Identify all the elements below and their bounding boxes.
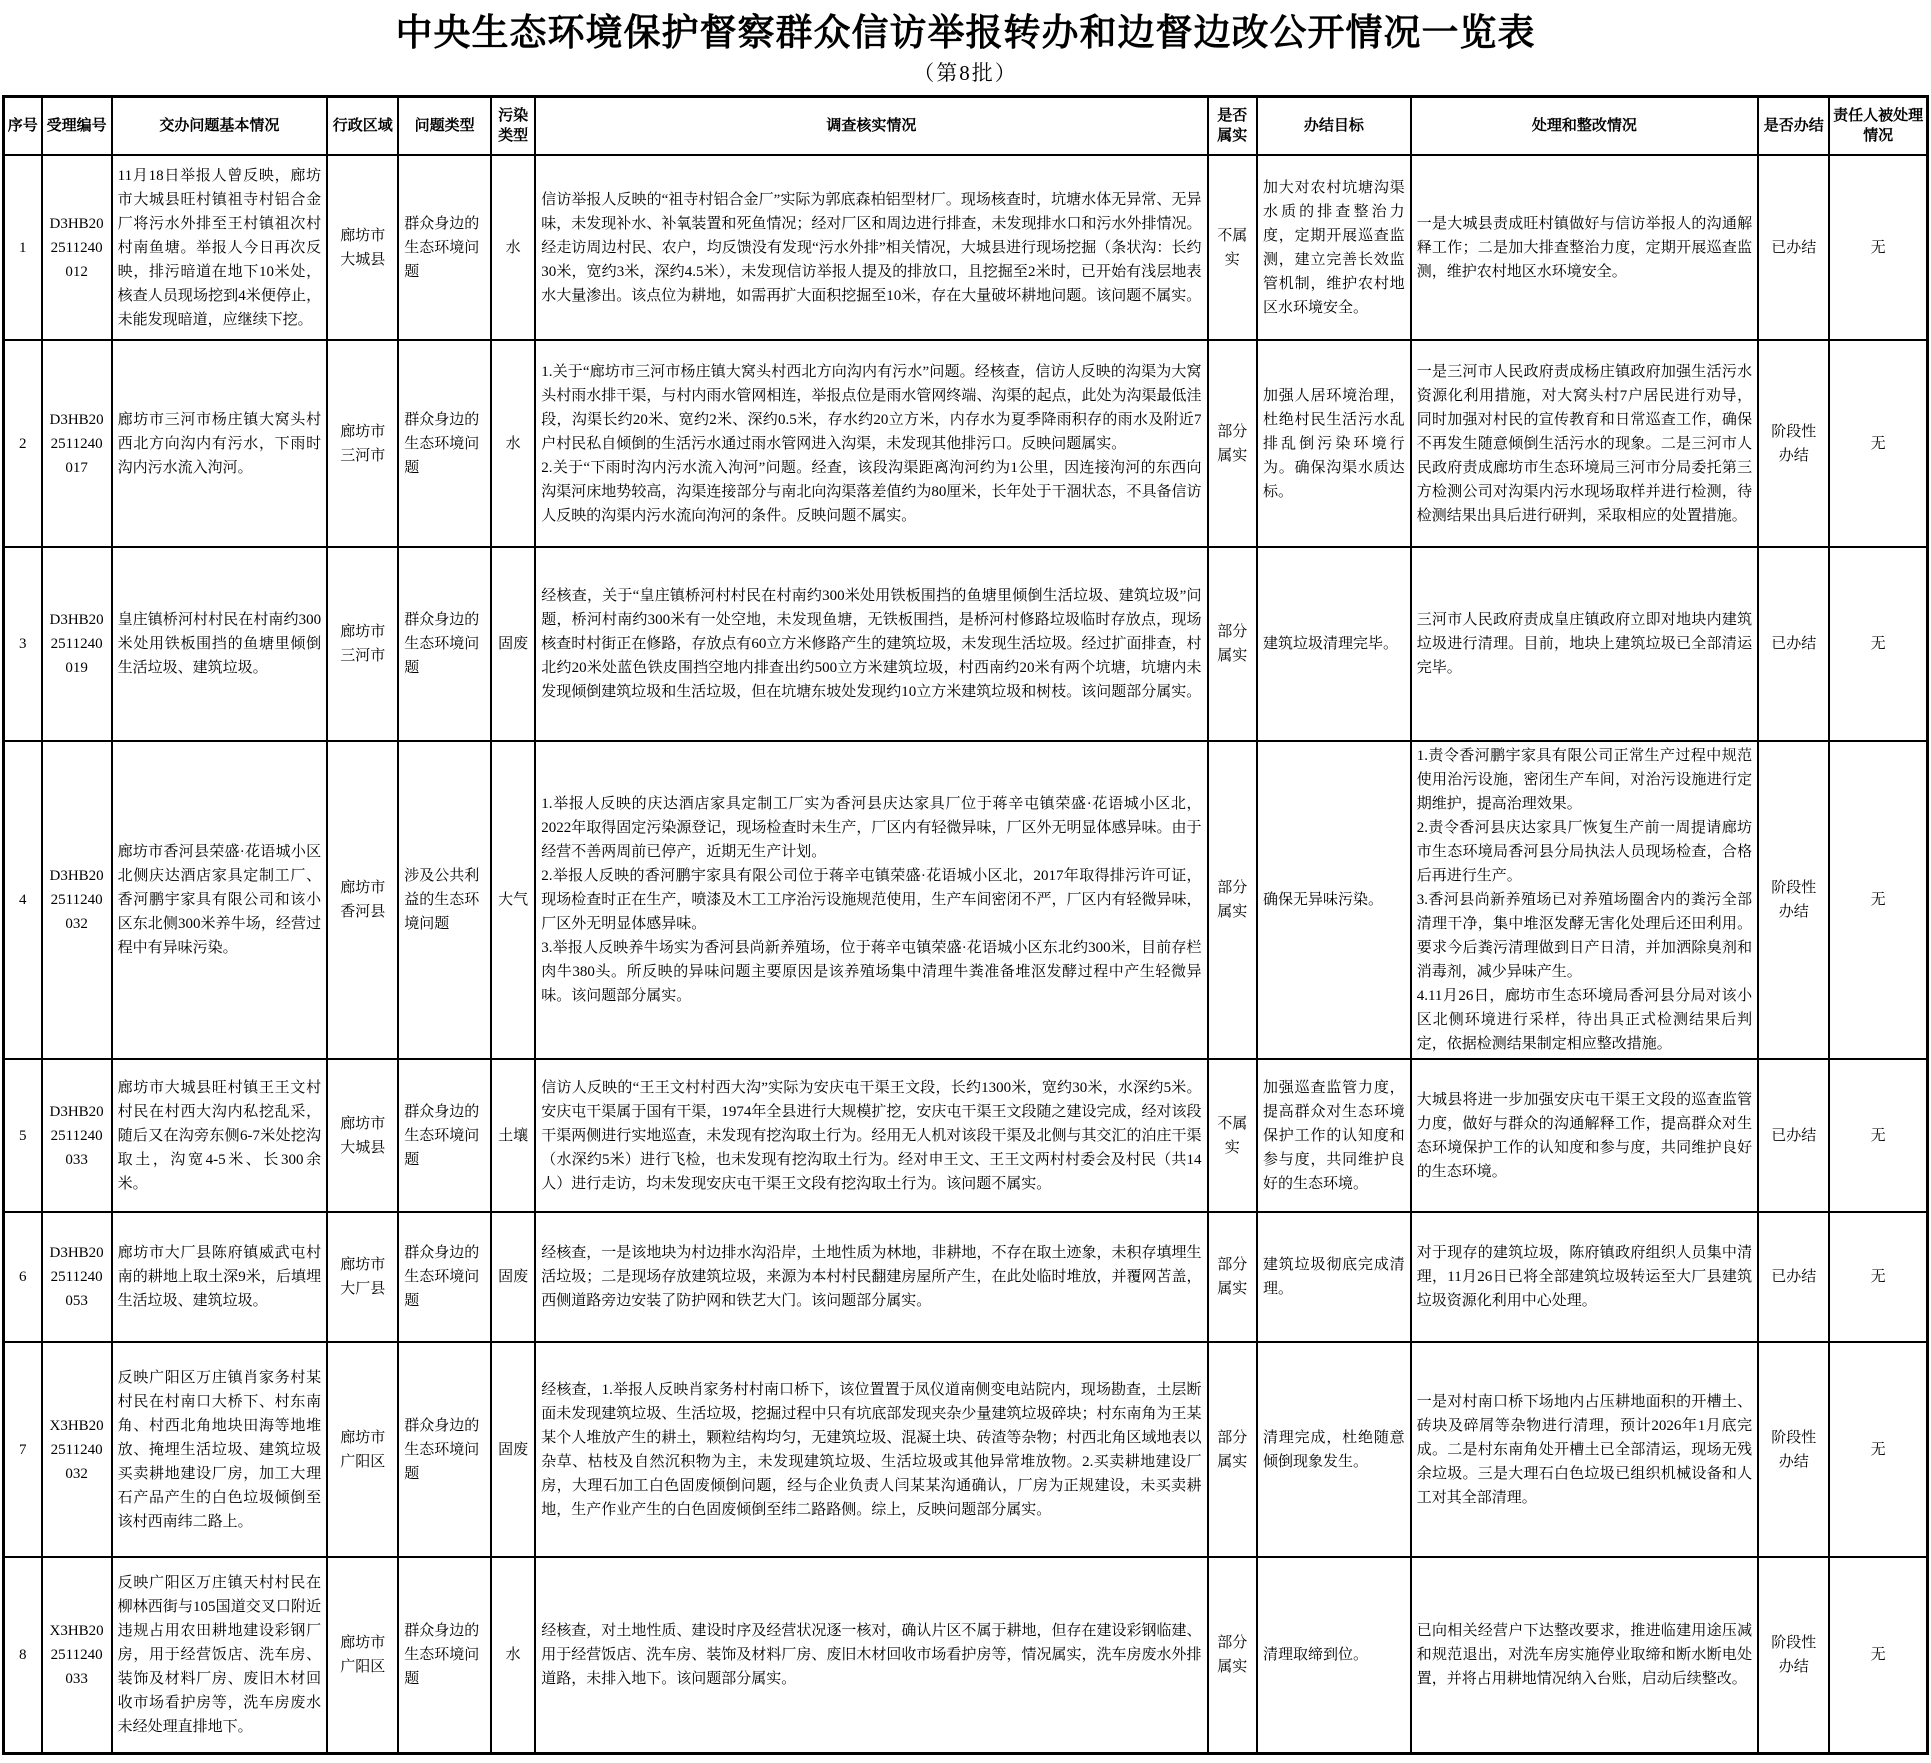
header-cell-verification: 调查核实情况 [535,96,1207,155]
cell-problem-type: 群众身边的生态环境问题 [398,547,491,741]
header-cell-index: 序号 [4,96,42,155]
cell-problem-type: 群众身边的生态环境问题 [398,340,491,547]
cell-is-true: 部分属实 [1208,1557,1257,1753]
cell-is-closed: 已办结 [1758,155,1829,340]
cell-case-no: D3HB202511240019 [42,547,112,741]
document-page: 中央生态环境保护督察群众信访举报转办和边督边改公开情况一览表 （第8批） 序号 … [0,0,1931,1763]
cell-verification: 经核查，对土地性质、建设时序及经营状况逐一核对，确认片区不属于耕地，但存在建设彩… [535,1557,1207,1753]
cell-accountability: 无 [1829,1212,1927,1342]
cell-case-no: D3HB202511240017 [42,340,112,547]
table-row: 4 D3HB202511240032 廊坊市香河县荣盛·花语城小区北侧庆达酒店家… [4,741,1928,1059]
cell-verification: 经核查，一是该地块为村边排水沟沿岸，土地性质为林地，非耕地，不存在取土迹象，未积… [535,1212,1207,1342]
cell-index: 8 [4,1557,42,1753]
cell-pollution-type: 固废 [491,1342,535,1557]
cell-index: 5 [4,1059,42,1212]
cell-region: 廊坊市三河市 [327,340,398,547]
header-cell-handling: 处理和整改情况 [1411,96,1758,155]
complaints-table: 序号 受理编号 交办问题基本情况 行政区域 问题类型 污染类型 调查核实情况 是… [2,95,1929,1755]
cell-index: 2 [4,340,42,547]
cell-target: 建筑垃圾清理完毕。 [1257,547,1411,741]
table-row: 5 D3HB202511240033 廊坊市大城县旺村镇王王文村村民在村西大沟内… [4,1059,1928,1212]
cell-accountability: 无 [1829,155,1927,340]
cell-handling: 三河市人民政府责成皇庄镇政府立即对地块内建筑垃圾进行清理。目前，地块上建筑垃圾已… [1411,547,1758,741]
header-cell-is-true: 是否属实 [1208,96,1257,155]
cell-pollution-type: 水 [491,155,535,340]
cell-is-closed: 阶段性办结 [1758,741,1829,1059]
cell-problem-type: 群众身边的生态环境问题 [398,1557,491,1753]
cell-accountability: 无 [1829,547,1927,741]
cell-is-closed: 阶段性办结 [1758,1557,1829,1753]
header-cell-case-no: 受理编号 [42,96,112,155]
table-row: 6 D3HB202511240053 廊坊市大厂县陈府镇威武屯村南的耕地上取土深… [4,1212,1928,1342]
cell-case-no: D3HB202511240032 [42,741,112,1059]
table-row: 1 D3HB202511240012 11月18日举报人曾反映，廊坊市大城县旺村… [4,155,1928,340]
header-cell-problem: 交办问题基本情况 [112,96,327,155]
cell-region: 廊坊市广阳区 [327,1557,398,1753]
page-subtitle: （第8批） [2,57,1929,87]
cell-is-closed: 阶段性办结 [1758,1342,1829,1557]
cell-problem-type: 群众身边的生态环境问题 [398,155,491,340]
table-row: 2 D3HB202511240017 廊坊市三河市杨庄镇大窝头村西北方向沟内有污… [4,340,1928,547]
cell-is-true: 不属实 [1208,155,1257,340]
header-cell-problem-type: 问题类型 [398,96,491,155]
cell-handling: 已向相关经营户下达整改要求，推进临建用途压减和规范退出，对洗车房实施停业取缔和断… [1411,1557,1758,1753]
cell-is-closed: 已办结 [1758,1212,1829,1342]
header-cell-is-closed: 是否办结 [1758,96,1829,155]
cell-problem: 11月18日举报人曾反映，廊坊市大城县旺村镇祖寺村铝合金厂将污水外排至王村镇祖次… [112,155,327,340]
cell-problem-type: 涉及公共利益的生态环境问题 [398,741,491,1059]
cell-pollution-type: 固废 [491,547,535,741]
cell-region: 廊坊市大城县 [327,155,398,340]
cell-pollution-type: 土壤 [491,1059,535,1212]
cell-accountability: 无 [1829,1557,1927,1753]
cell-region: 廊坊市广阳区 [327,1342,398,1557]
cell-region: 廊坊市大城县 [327,1059,398,1212]
header-cell-region: 行政区域 [327,96,398,155]
cell-handling: 一是对村南口桥下场地内占压耕地面积的开槽土、砖块及碎屑等杂物进行清理，预计202… [1411,1342,1758,1557]
header-cell-pollution-type: 污染类型 [491,96,535,155]
header-cell-accountability: 责任人被处理情况 [1829,96,1927,155]
table-row: 8 X3HB202511240033 反映广阳区万庄镇天村村民在柳林西街与105… [4,1557,1928,1753]
cell-index: 4 [4,741,42,1059]
cell-target: 加大对农村坑塘沟渠水质的排查整治力度，定期开展巡查监测，建立完善长效监管机制，维… [1257,155,1411,340]
cell-index: 3 [4,547,42,741]
cell-target: 清理取缔到位。 [1257,1557,1411,1753]
cell-is-true: 部分属实 [1208,741,1257,1059]
cell-accountability: 无 [1829,1342,1927,1557]
cell-handling: 一是大城县责成旺村镇做好与信访举报人的沟通解释工作；二是加大排查整治力度，定期开… [1411,155,1758,340]
cell-handling: 大城县将进一步加强安庆屯干渠王文段的巡查监管力度，做好与群众的沟通解释工作，提高… [1411,1059,1758,1212]
cell-problem: 反映广阳区万庄镇天村村民在柳林西街与105国道交叉口附近违规占用农田耕地建设彩钢… [112,1557,327,1753]
cell-target: 加强巡查监管力度，提高群众对生态环境保护工作的认知度和参与度，共同维护良好的生态… [1257,1059,1411,1212]
header-row: 序号 受理编号 交办问题基本情况 行政区域 问题类型 污染类型 调查核实情况 是… [4,96,1928,155]
cell-case-no: D3HB202511240012 [42,155,112,340]
cell-case-no: D3HB202511240053 [42,1212,112,1342]
cell-accountability: 无 [1829,340,1927,547]
cell-problem: 廊坊市三河市杨庄镇大窝头村西北方向沟内有污水，下雨时沟内污水流入泃河。 [112,340,327,547]
cell-target: 建筑垃圾彻底完成清理。 [1257,1212,1411,1342]
cell-case-no: X3HB202511240032 [42,1342,112,1557]
cell-verification: 1.举报人反映的庆达酒店家具定制工厂实为香河县庆达家具厂位于蒋辛屯镇荣盛·花语城… [535,741,1207,1059]
cell-problem: 皇庄镇桥河村村民在村南约300米处用铁板围挡的鱼塘里倾倒生活垃圾、建筑垃圾。 [112,547,327,741]
cell-index: 7 [4,1342,42,1557]
cell-case-no: D3HB202511240033 [42,1059,112,1212]
cell-verification: 经核查，关于“皇庄镇桥河村村民在村南约300米处用铁板围挡的鱼塘里倾倒生活垃圾、… [535,547,1207,741]
cell-verification: 经核查，1.举报人反映肖家务村村南口桥下，该位置置于凤仪道南侧变电站院内，现场勘… [535,1342,1207,1557]
table-row: 7 X3HB202511240032 反映广阳区万庄镇肖家务村某村民在村南口大桥… [4,1342,1928,1557]
cell-accountability: 无 [1829,741,1927,1059]
cell-problem-type: 群众身边的生态环境问题 [398,1212,491,1342]
cell-accountability: 无 [1829,1059,1927,1212]
cell-target: 清理完成，杜绝随意倾倒现象发生。 [1257,1342,1411,1557]
table-row: 3 D3HB202511240019 皇庄镇桥河村村民在村南约300米处用铁板围… [4,547,1928,741]
cell-handling: 一是三河市人民政府责成杨庄镇政府加强生活污水资源化利用措施，对大窝头村7户居民进… [1411,340,1758,547]
cell-problem: 廊坊市大城县旺村镇王王文村村民在村西大沟内私挖乱采，随后又在沟旁东侧6-7米处挖… [112,1059,327,1212]
cell-verification: 信访人反映的“王王文村村西大沟”实际为安庆屯干渠王文段，长约1300米，宽约30… [535,1059,1207,1212]
cell-problem-type: 群众身边的生态环境问题 [398,1059,491,1212]
cell-problem: 廊坊市大厂县陈府镇威武屯村南的耕地上取土深9米，后填埋生活垃圾、建筑垃圾。 [112,1212,327,1342]
cell-is-closed: 已办结 [1758,547,1829,741]
cell-verification: 1.关于“廊坊市三河市杨庄镇大窝头村西北方向沟内有污水”问题。经核查，信访人反映… [535,340,1207,547]
cell-problem-type: 群众身边的生态环境问题 [398,1342,491,1557]
cell-index: 1 [4,155,42,340]
cell-target: 确保无异味污染。 [1257,741,1411,1059]
cell-is-true: 不属实 [1208,1059,1257,1212]
cell-is-true: 部分属实 [1208,1212,1257,1342]
cell-is-closed: 阶段性办结 [1758,340,1829,547]
cell-index: 6 [4,1212,42,1342]
cell-pollution-type: 水 [491,340,535,547]
cell-region: 廊坊市香河县 [327,741,398,1059]
cell-handling: 对于现存的建筑垃圾，陈府镇政府组织人员集中清理，11月26日已将全部建筑垃圾转运… [1411,1212,1758,1342]
cell-handling: 1.责令香河鹏宇家具有限公司正常生产过程中规范使用治污设施，密闭生产车间，对治污… [1411,741,1758,1059]
cell-case-no: X3HB202511240033 [42,1557,112,1753]
cell-is-true: 部分属实 [1208,547,1257,741]
cell-is-true: 部分属实 [1208,1342,1257,1557]
cell-region: 廊坊市大厂县 [327,1212,398,1342]
page-title: 中央生态环境保护督察群众信访举报转办和边督边改公开情况一览表 [2,12,1929,55]
cell-pollution-type: 固废 [491,1212,535,1342]
cell-verification: 信访举报人反映的“祖寺村铝合金厂”实际为郭底森柏铝型材厂。现场核查时，坑塘水体无… [535,155,1207,340]
cell-pollution-type: 水 [491,1557,535,1753]
cell-is-closed: 已办结 [1758,1059,1829,1212]
header-cell-target: 办结目标 [1257,96,1411,155]
cell-problem: 反映广阳区万庄镇肖家务村某村民在村南口大桥下、村东南角、村西北角地块田海等地堆放… [112,1342,327,1557]
cell-pollution-type: 大气 [491,741,535,1059]
cell-target: 加强人居环境治理，杜绝村民生活污水乱排乱倒污染环境行为。确保沟渠水质达标。 [1257,340,1411,547]
cell-is-true: 部分属实 [1208,340,1257,547]
cell-region: 廊坊市三河市 [327,547,398,741]
cell-problem: 廊坊市香河县荣盛·花语城小区北侧庆达酒店家具定制工厂、香河鹏宇家具有限公司和该小… [112,741,327,1059]
